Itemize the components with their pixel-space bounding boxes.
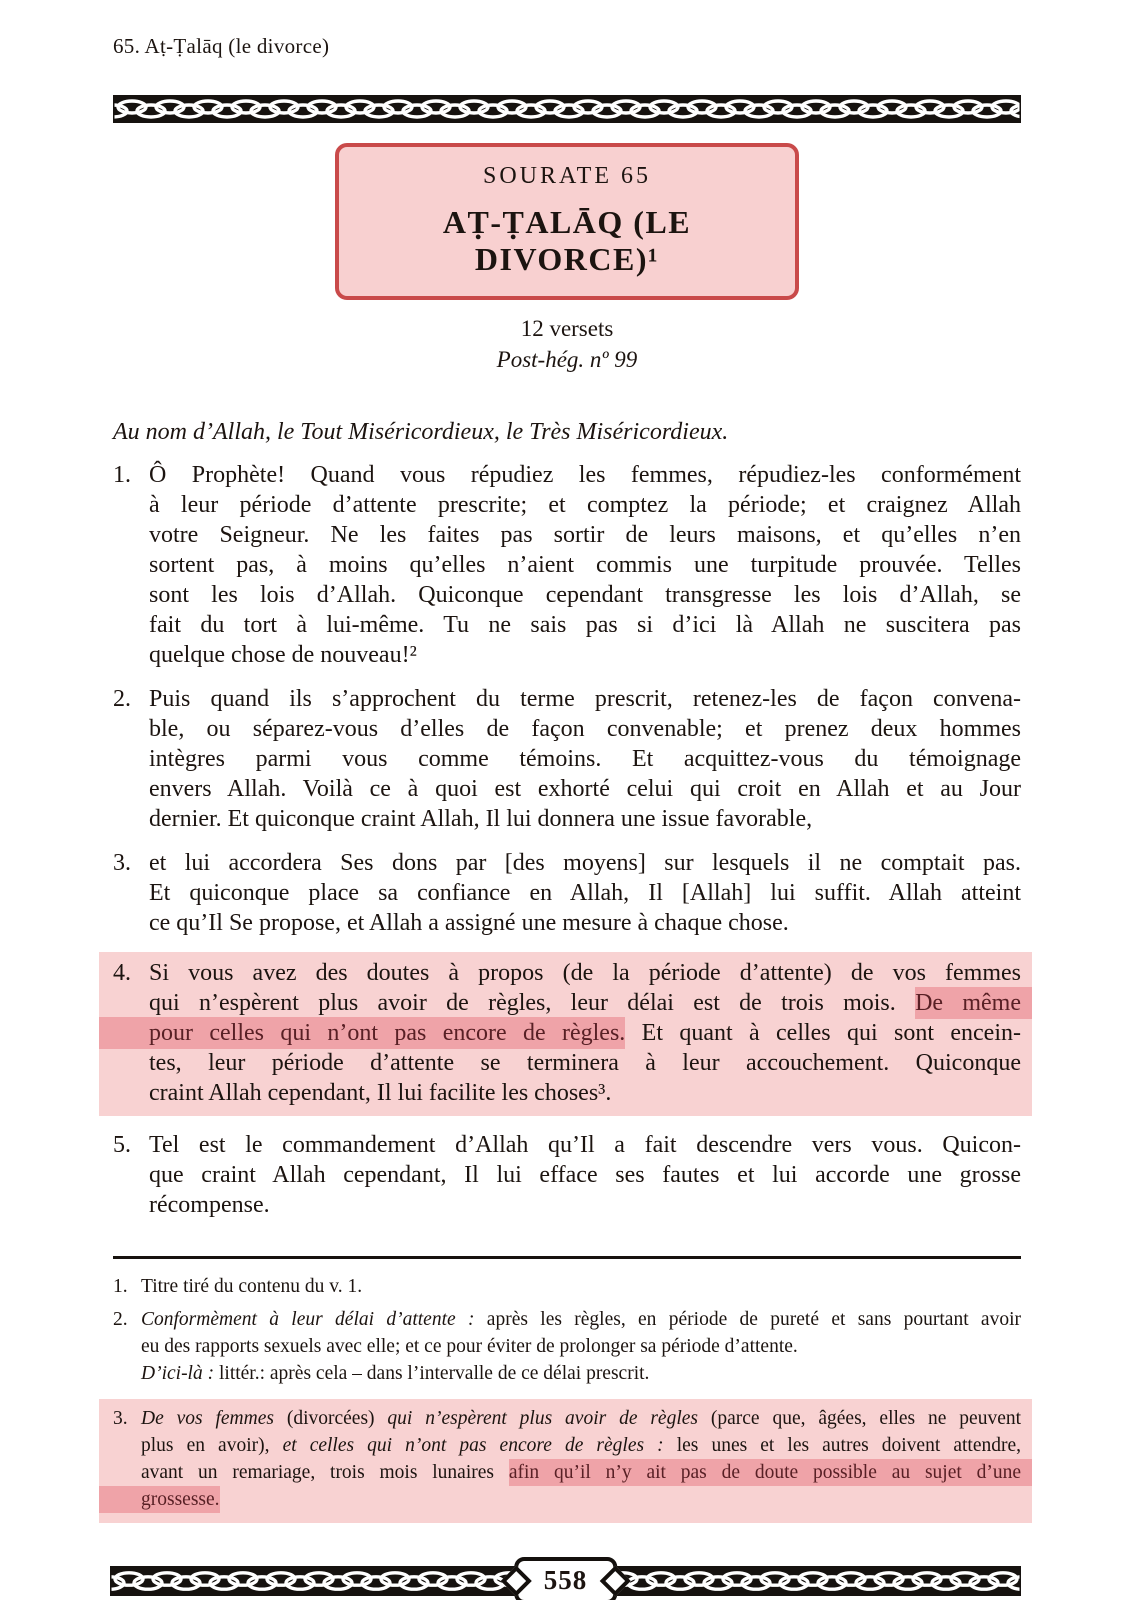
verse-line: Puis quand ils s’approchent du terme pre… bbox=[149, 684, 1021, 714]
footnote-line: eu des rapports sexuels avec elle; et ce… bbox=[141, 1333, 1021, 1360]
text-segment: ce qu’Il Se propose, et Allah a assigné … bbox=[149, 910, 789, 936]
basmala: Au nom d’Allah, le Tout Miséricordieux, … bbox=[113, 419, 1021, 446]
sourate-meta: 12 versets Post-hég. nº 99 bbox=[113, 316, 1021, 373]
verse-text: et lui accordera Ses dons par [des moyen… bbox=[149, 848, 1021, 938]
verse-item: 2.Puis quand ils s’approchent du terme p… bbox=[113, 684, 1021, 834]
verse-line: à leur période d’attente prescrite; et c… bbox=[149, 490, 1021, 520]
text-segment: et celles qui n’ont pas encore de règles… bbox=[283, 1435, 664, 1456]
verse-line: pour celles qui n’ont pas encore de règl… bbox=[149, 1018, 1021, 1048]
text-segment: avant un remariage, trois mois lunaires bbox=[141, 1462, 509, 1483]
footnote-line: plus en avoir), et celles qui n’ont pas … bbox=[141, 1432, 1021, 1459]
sourate-title-box: SOURATE 65 AṬ-ṬALĀQ (LE DIVORCE)¹ bbox=[335, 143, 799, 300]
verse-number: 1. bbox=[113, 460, 149, 670]
verse-line: qui n’espèrent plus avoir de règles, leu… bbox=[149, 988, 1021, 1018]
text-segment: ble, ou séparez-vous d’elles de façon co… bbox=[149, 716, 1021, 742]
verse-number: 5. bbox=[113, 1130, 149, 1220]
text-segment: après les règles, en période de pureté e… bbox=[474, 1309, 1021, 1330]
text-segment: tes, leur période d’attente se terminera… bbox=[149, 1050, 1021, 1076]
verse-line: quelque chose de nouveau!² bbox=[149, 640, 1021, 670]
text-segment: votre Seigneur. Ne les faites pas sortir… bbox=[149, 522, 1021, 548]
text-segment: Titre tiré du contenu du v. 1. bbox=[141, 1276, 362, 1297]
chain-ornament-top bbox=[113, 95, 1021, 123]
footnote-separator bbox=[113, 1256, 1021, 1259]
text-segment: Si vous avez des doutes à propos (de la … bbox=[149, 960, 1021, 986]
verse-line: envers Allah. Voilà ce à quoi est exhort… bbox=[149, 774, 1021, 804]
text-segment: plus en avoir), bbox=[141, 1435, 283, 1456]
verse-number: 3. bbox=[113, 848, 149, 938]
footnote-line: D’ici-là : littér.: après cela – dans l’… bbox=[141, 1360, 1021, 1387]
verse-count: 12 versets bbox=[113, 316, 1021, 342]
sourate-title: AṬ-ṬALĀQ (LE DIVORCE)¹ bbox=[349, 204, 785, 278]
text-segment: De même bbox=[915, 987, 1032, 1019]
verse-line: que craint Allah cependant, Il lui effac… bbox=[149, 1160, 1021, 1190]
verse-line: ble, ou séparez-vous d’elles de façon co… bbox=[149, 714, 1021, 744]
verse-item: 3.et lui accordera Ses dons par [des moy… bbox=[113, 848, 1021, 938]
footnote-item: 1.Titre tiré du contenu du v. 1. bbox=[113, 1273, 1021, 1300]
text-segment: Ô Prophète! Quand vous répudiez les femm… bbox=[149, 462, 1021, 488]
text-segment: fait du tort à lui-même. Tu ne sais pas … bbox=[149, 612, 1021, 638]
verse-text: Si vous avez des doutes à propos (de la … bbox=[149, 958, 1021, 1108]
footnote-line: avant un remariage, trois mois lunaires … bbox=[141, 1459, 1021, 1486]
verse-line: sortent pas, à moins qu’elles n’aient co… bbox=[149, 550, 1021, 580]
verse-line: tes, leur période d’attente se terminera… bbox=[149, 1048, 1021, 1078]
text-segment: récompense. bbox=[149, 1192, 270, 1218]
text-segment: afin qu’il n’y ait pas de doute possible… bbox=[509, 1459, 1032, 1486]
verse-item: 4.Si vous avez des doutes à propos (de l… bbox=[99, 952, 1032, 1116]
footnote-line: De vos femmes (divorcées) qui n’espèrent… bbox=[141, 1405, 1021, 1432]
footnote-line: Conformèment à leur délai d’attente : ap… bbox=[141, 1306, 1021, 1333]
text-segment: De vos femmes bbox=[141, 1408, 274, 1429]
text-segment: Et quiconque place sa confiance en Allah… bbox=[149, 880, 1021, 906]
verse-line: Si vous avez des doutes à propos (de la … bbox=[149, 958, 1021, 988]
text-segment: dernier. Et quiconque craint Allah, Il l… bbox=[149, 806, 812, 832]
verse-line: Et quiconque place sa confiance en Allah… bbox=[149, 878, 1021, 908]
footnotes-list: 1.Titre tiré du contenu du v. 1.2.Confor… bbox=[113, 1273, 1021, 1523]
text-segment: (divorcées) bbox=[274, 1408, 387, 1429]
verse-item: 1.Ô Prophète! Quand vous répudiez les fe… bbox=[113, 460, 1021, 670]
text-segment: Conformèment à leur délai d’attente : bbox=[141, 1309, 474, 1330]
verse-line: intègres parmi vous comme témoins. Et ac… bbox=[149, 744, 1021, 774]
text-segment: à leur période d’attente prescrite; et c… bbox=[149, 492, 1021, 518]
book-page: 65. Aṭ-Ṭalāq (le divorce) SOURATE 65 AṬ-… bbox=[0, 0, 1131, 1600]
text-segment: Tel est le commandement d’Allah qu’Il a … bbox=[149, 1132, 1021, 1158]
verse-line: craint Allah cependant, Il lui facilite … bbox=[149, 1078, 1021, 1108]
text-segment: envers Allah. Voilà ce à quoi est exhort… bbox=[149, 776, 1021, 802]
verse-text: Puis quand ils s’approchent du terme pre… bbox=[149, 684, 1021, 834]
footnotes-section: 1.Titre tiré du contenu du v. 1.2.Confor… bbox=[113, 1256, 1021, 1523]
text-segment: et lui accordera Ses dons par [des moyen… bbox=[149, 850, 1021, 876]
text-segment: grossesse. bbox=[99, 1486, 220, 1513]
text-segment: Puis quand ils s’approchent du terme pre… bbox=[149, 686, 1021, 712]
verse-line: Tel est le commandement d’Allah qu’Il a … bbox=[149, 1130, 1021, 1160]
text-segment: littér.: après cela – dans l’intervalle … bbox=[214, 1363, 649, 1384]
running-header: 65. Aṭ-Ṭalāq (le divorce) bbox=[113, 34, 1021, 59]
verse-line: récompense. bbox=[149, 1190, 1021, 1220]
text-segment: D’ici-là : bbox=[141, 1363, 214, 1384]
footnote-item: 3.De vos femmes (divorcées) qui n’espère… bbox=[99, 1399, 1032, 1523]
verse-text: Ô Prophète! Quand vous répudiez les femm… bbox=[149, 460, 1021, 670]
footnote-number: 1. bbox=[113, 1273, 141, 1300]
footnote-text: Conformèment à leur délai d’attente : ap… bbox=[141, 1306, 1021, 1387]
verse-line: ce qu’Il Se propose, et Allah a assigné … bbox=[149, 908, 1021, 938]
footnote-number: 2. bbox=[113, 1306, 141, 1387]
verse-line: votre Seigneur. Ne les faites pas sortir… bbox=[149, 520, 1021, 550]
text-segment: pour celles qui n’ont pas encore de règl… bbox=[99, 1017, 625, 1049]
page-number: 558 bbox=[544, 1565, 588, 1595]
text-segment: craint Allah cependant, Il lui facilite … bbox=[149, 1080, 611, 1106]
footnote-item: 2.Conformèment à leur délai d’attente : … bbox=[113, 1306, 1021, 1387]
revelation-note: Post-hég. nº 99 bbox=[113, 347, 1021, 373]
verse-line: fait du tort à lui-même. Tu ne sais pas … bbox=[149, 610, 1021, 640]
text-segment: sortent pas, à moins qu’elles n’aient co… bbox=[149, 552, 1021, 578]
page-number-cartouche: 558 bbox=[514, 1557, 618, 1600]
text-segment: quelque chose de nouveau!² bbox=[149, 642, 417, 668]
verse-line: et lui accordera Ses dons par [des moyen… bbox=[149, 848, 1021, 878]
text-segment: eu des rapports sexuels avec elle; et ce… bbox=[141, 1336, 798, 1357]
footnote-line: grossesse. bbox=[141, 1486, 1021, 1513]
text-segment: Et quant à celles qui sont encein- bbox=[625, 1020, 1021, 1046]
verse-item: 5.Tel est le commandement d’Allah qu’Il … bbox=[113, 1130, 1021, 1220]
verse-number: 2. bbox=[113, 684, 149, 834]
verse-text: Tel est le commandement d’Allah qu’Il a … bbox=[149, 1130, 1021, 1220]
footnote-text: De vos femmes (divorcées) qui n’espèrent… bbox=[141, 1405, 1021, 1513]
verse-line: Ô Prophète! Quand vous répudiez les femm… bbox=[149, 460, 1021, 490]
verses-list: 1.Ô Prophète! Quand vous répudiez les fe… bbox=[113, 460, 1021, 1220]
footnote-text: Titre tiré du contenu du v. 1. bbox=[141, 1273, 1021, 1300]
footnote-line: Titre tiré du contenu du v. 1. bbox=[141, 1273, 1021, 1300]
sourate-kicker: SOURATE 65 bbox=[349, 163, 785, 190]
verse-line: dernier. Et quiconque craint Allah, Il l… bbox=[149, 804, 1021, 834]
text-segment: que craint Allah cependant, Il lui effac… bbox=[149, 1162, 1021, 1188]
text-segment: les unes et les autres doivent attendre, bbox=[664, 1435, 1021, 1456]
chain-border-bottom: 558 bbox=[110, 1566, 1021, 1596]
text-segment: sont les lois d’Allah. Quiconque cependa… bbox=[149, 582, 1021, 608]
text-segment: qui n’espèrent plus avoir de règles bbox=[387, 1408, 698, 1429]
text-segment: (parce que, âgées, elles ne peuvent bbox=[698, 1408, 1021, 1429]
text-segment: qui n’espèrent plus avoir de règles, leu… bbox=[149, 990, 915, 1016]
text-segment: intègres parmi vous comme témoins. Et ac… bbox=[149, 746, 1021, 772]
verse-line: sont les lois d’Allah. Quiconque cependa… bbox=[149, 580, 1021, 610]
